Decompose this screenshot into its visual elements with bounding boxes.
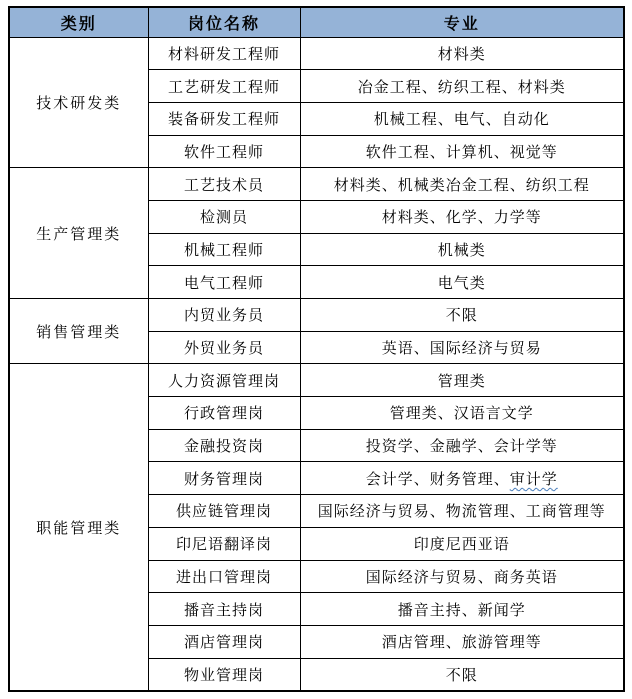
category-cell: 职能管理类 (9, 364, 148, 691)
table-row: 销售管理类内贸业务员不限 (9, 299, 624, 332)
major-cell: 英语、国际经济与贸易 (300, 331, 624, 364)
position-cell: 行政管理岗 (148, 397, 300, 430)
position-cell: 酒店管理岗 (148, 625, 300, 658)
major-cell: 不限 (300, 299, 624, 332)
header-major: 专业 (300, 7, 624, 37)
major-cell: 软件工程、计算机、视觉等 (300, 135, 624, 168)
position-cell: 内贸业务员 (148, 299, 300, 332)
major-cell: 材料类 (300, 37, 624, 70)
major-cell: 酒店管理、旅游管理等 (300, 625, 624, 658)
position-cell: 播音主持岗 (148, 593, 300, 626)
major-cell: 电气类 (300, 266, 624, 299)
header-category: 类别 (9, 7, 148, 37)
category-cell: 销售管理类 (9, 299, 148, 364)
position-cell: 材料研发工程师 (148, 37, 300, 70)
major-cell: 冶金工程、纺织工程、材料类 (300, 70, 624, 103)
category-cell: 技术研发类 (9, 37, 148, 168)
position-cell: 供应链管理岗 (148, 495, 300, 528)
position-cell: 工艺研发工程师 (148, 70, 300, 103)
major-cell: 机械类 (300, 233, 624, 266)
header-position: 岗位名称 (148, 7, 300, 37)
major-cell: 印度尼西亚语 (300, 527, 624, 560)
recruitment-positions-table: 类别 岗位名称 专业 技术研发类材料研发工程师材料类工艺研发工程师冶金工程、纺织… (8, 6, 625, 692)
position-cell: 检测员 (148, 200, 300, 233)
position-cell: 外贸业务员 (148, 331, 300, 364)
major-cell: 管理类、汉语言文学 (300, 397, 624, 430)
position-cell: 进出口管理岗 (148, 560, 300, 593)
major-cell: 国际经济与贸易、物流管理、工商管理等 (300, 495, 624, 528)
major-cell: 投资学、金融学、会计学等 (300, 429, 624, 462)
position-cell: 软件工程师 (148, 135, 300, 168)
position-cell: 金融投资岗 (148, 429, 300, 462)
major-cell: 播音主持、新闻学 (300, 593, 624, 626)
table-row: 职能管理类人力资源管理岗管理类 (9, 364, 624, 397)
position-cell: 工艺技术员 (148, 168, 300, 201)
position-cell: 印尼语翻译岗 (148, 527, 300, 560)
spellcheck-wavy-underline: 审计学 (510, 472, 558, 488)
table-body: 技术研发类材料研发工程师材料类工艺研发工程师冶金工程、纺织工程、材料类装备研发工… (9, 37, 624, 691)
major-cell: 国际经济与贸易、商务英语 (300, 560, 624, 593)
position-cell: 人力资源管理岗 (148, 364, 300, 397)
position-cell: 电气工程师 (148, 266, 300, 299)
position-cell: 装备研发工程师 (148, 102, 300, 135)
table-header: 类别 岗位名称 专业 (9, 7, 624, 37)
major-cell: 不限 (300, 658, 624, 691)
major-cell: 材料类、化学、力学等 (300, 200, 624, 233)
major-cell: 管理类 (300, 364, 624, 397)
major-cell: 材料类、机械类冶金工程、纺织工程 (300, 168, 624, 201)
position-cell: 财务管理岗 (148, 462, 300, 495)
major-cell: 会计学、财务管理、审计学 (300, 462, 624, 495)
header-row: 类别 岗位名称 专业 (9, 7, 624, 37)
category-cell: 生产管理类 (9, 168, 148, 299)
table-row: 技术研发类材料研发工程师材料类 (9, 37, 624, 70)
position-cell: 物业管理岗 (148, 658, 300, 691)
major-cell: 机械工程、电气、自动化 (300, 102, 624, 135)
table-row: 生产管理类工艺技术员材料类、机械类冶金工程、纺织工程 (9, 168, 624, 201)
position-cell: 机械工程师 (148, 233, 300, 266)
